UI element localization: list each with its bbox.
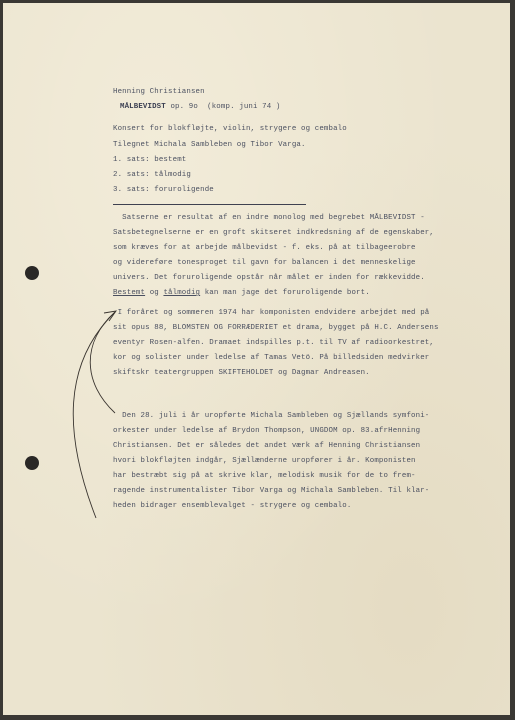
handwritten-arrow-annotation xyxy=(3,3,510,715)
scanned-document-page: Henning Christiansen MÅLBEVIDST op. 9o (… xyxy=(3,3,510,715)
